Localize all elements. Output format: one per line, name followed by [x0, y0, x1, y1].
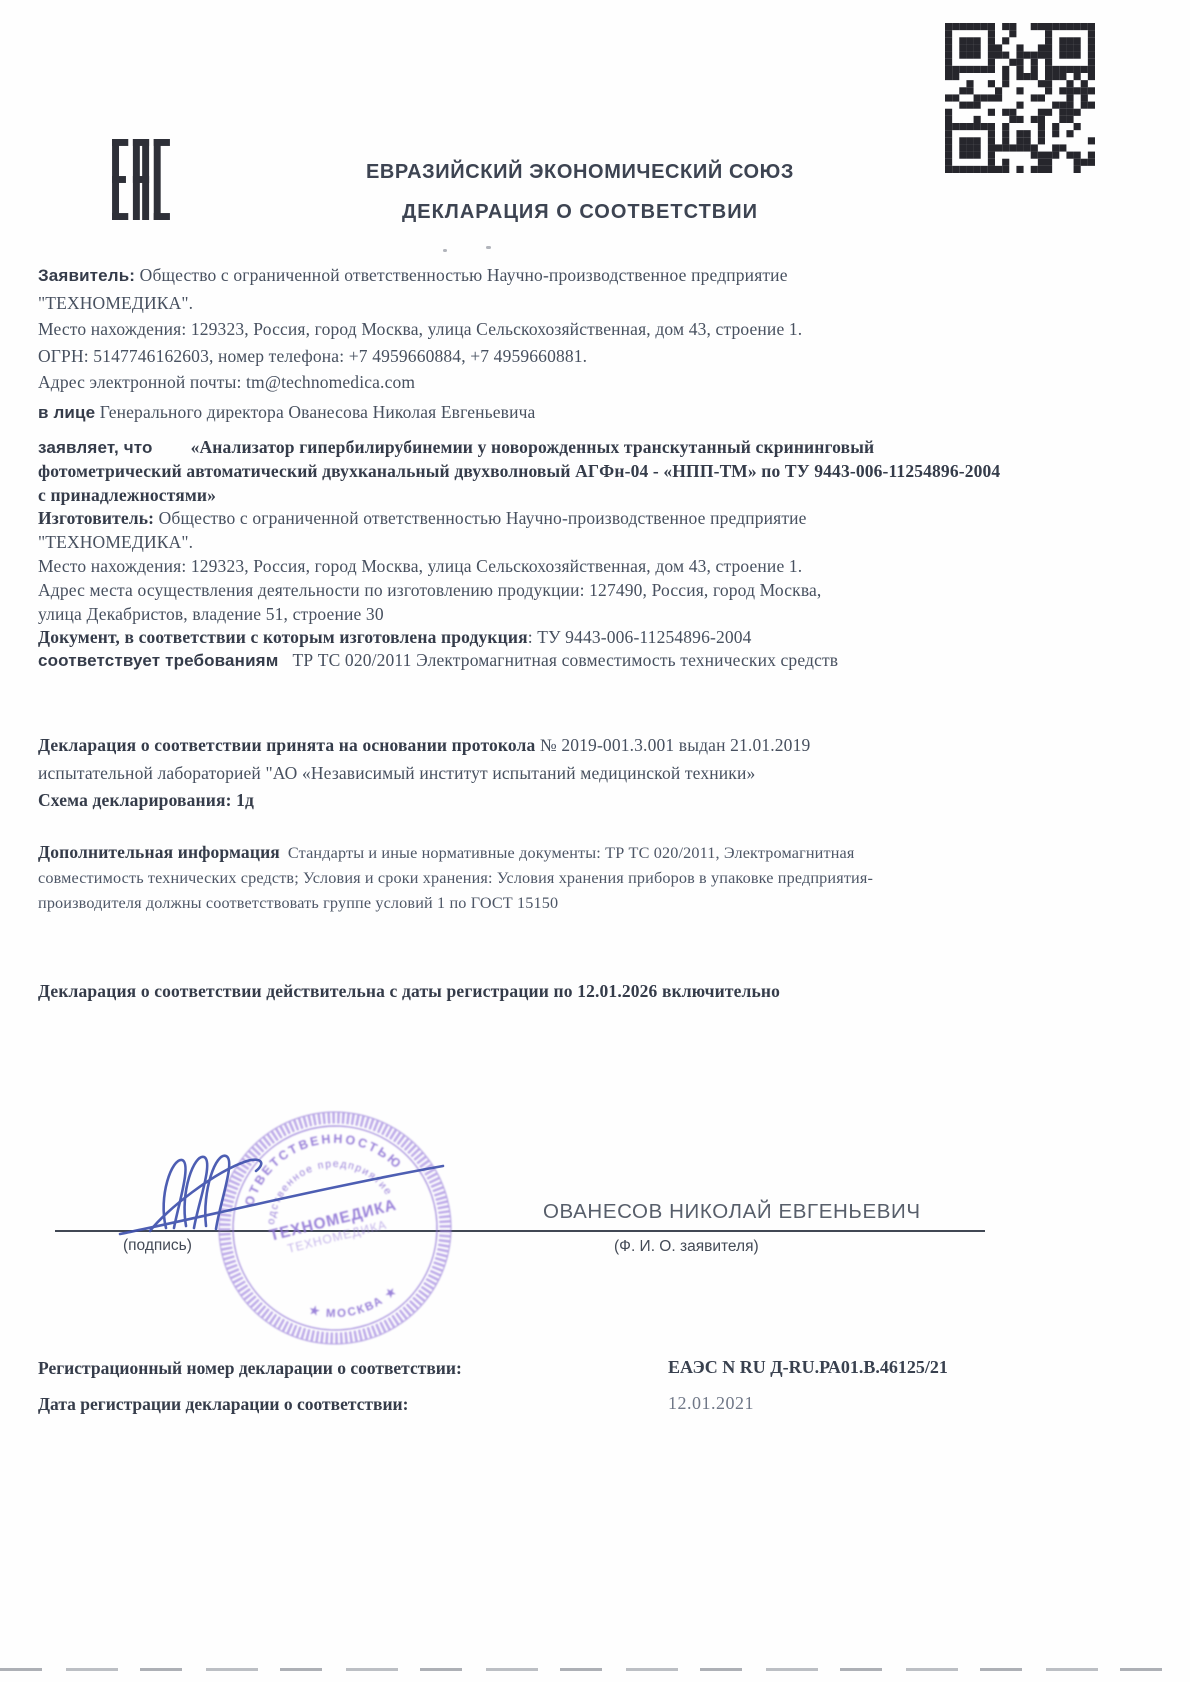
declaration-document: ЕВРАЗИЙСКИЙ ЭКОНОМИЧЕСКИЙ СОЮЗ ДЕКЛАРАЦИ…: [0, 0, 1190, 1682]
fullname-caption: (Ф. И. О. заявителя): [614, 1238, 759, 1256]
registration-number-label: Регистрационный номер декларации о соотв…: [38, 1358, 462, 1379]
registration-number-value: ЕАЭС N RU Д-RU.РА01.В.46125/21: [668, 1357, 948, 1378]
registration-date-value: 12.01.2021: [668, 1393, 754, 1414]
signature-caption: (подпись): [123, 1237, 192, 1255]
scan-edge-artifact: [0, 1668, 1165, 1671]
applicant-fullname: ОВАНЕСОВ НИКОЛАЙ ЕВГЕНЬЕВИЧ: [543, 1200, 921, 1224]
registration-date-label: Дата регистрации декларации о соответств…: [38, 1394, 408, 1415]
signature-ink: [0, 0, 1190, 1682]
